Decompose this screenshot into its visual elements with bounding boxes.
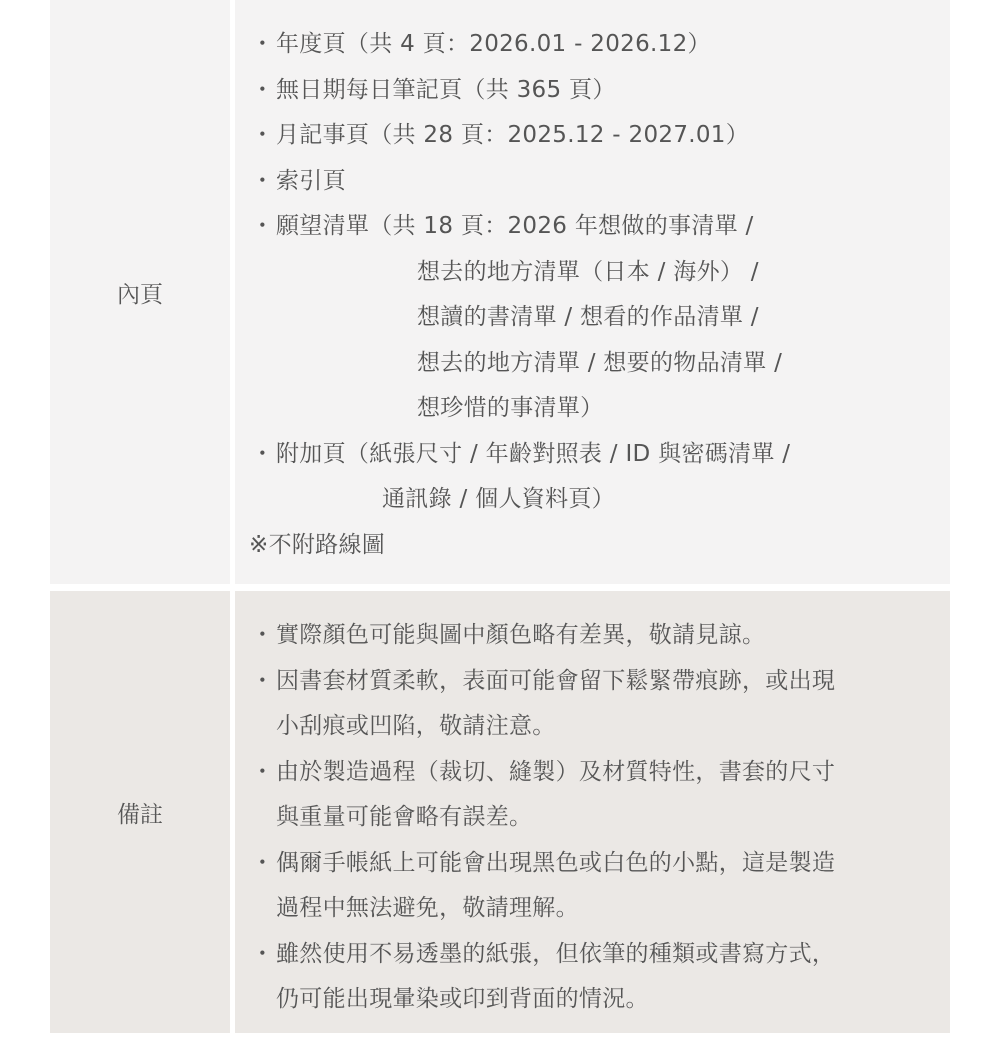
list-item: ・月記事頁（共 28 頁：2025.12 - 2027.01）	[249, 113, 950, 159]
inner-pages-content: ・年度頁（共 4 頁：2026.01 - 2026.12） ・無日期每日筆記頁（…	[235, 0, 950, 584]
bullet-icon: ・	[249, 432, 276, 478]
bullet-icon: ・	[249, 841, 276, 887]
list-item: ・由於製造過程（裁切、縫製）及材質特性，書套的尺寸	[249, 750, 950, 796]
notes-content: ・實際顏色可能與圖中顏色略有差異，敬請見諒。 ・因書套材質柔軟，表面可能會留下鬆…	[235, 591, 950, 1033]
list-item: ・雖然使用不易透墨的紙張，但依筆的種類或書寫方式，	[249, 932, 950, 978]
list-item-continuation: 想去的地方清單（日本 / 海外） /	[249, 250, 950, 296]
list-item: ・偶爾手帳紙上可能會出現黑色或白色的小點，這是製造	[249, 841, 950, 887]
list-item-continuation: 想去的地方清單 / 想要的物品清單 /	[249, 341, 950, 387]
list-item-continuation: 過程中無法避免，敬請理解。	[249, 886, 950, 932]
bullet-icon: ・	[249, 659, 276, 705]
row-label: 內頁	[50, 0, 230, 584]
list-item: ・年度頁（共 4 頁：2026.01 - 2026.12）	[249, 22, 950, 68]
list-item-continuation: 與重量可能會略有誤差。	[249, 795, 950, 841]
bullet-icon: ・	[249, 68, 276, 114]
list-item: ・附加頁（紙張尺寸 / 年齡對照表 / ID 與密碼清單 /	[249, 432, 950, 478]
list-item-continuation: 仍可能出現暈染或印到背面的情況。	[249, 977, 950, 1023]
spec-row-inner-pages: 內頁 ・年度頁（共 4 頁：2026.01 - 2026.12） ・無日期每日筆…	[50, 0, 950, 584]
bullet-icon: ・	[249, 932, 276, 978]
note-no-route-map: ※不附路線圖	[249, 523, 950, 569]
bullet-icon: ・	[249, 613, 276, 659]
bullet-icon: ・	[249, 750, 276, 796]
list-item-continuation: 想讀的書清單 / 想看的作品清單 /	[249, 295, 950, 341]
list-item-continuation: 小刮痕或凹陷，敬請注意。	[249, 704, 950, 750]
list-item-continuation: 想珍惜的事清單）	[249, 386, 950, 432]
list-item-continuation: 通訊錄 / 個人資料頁）	[249, 477, 950, 523]
bullet-icon: ・	[249, 204, 276, 250]
bullet-icon: ・	[249, 159, 276, 205]
row-label: 備註	[50, 591, 230, 1033]
bullet-icon: ・	[249, 113, 276, 159]
list-item: ・因書套材質柔軟，表面可能會留下鬆緊帶痕跡，或出現	[249, 659, 950, 705]
list-item: ・願望清單（共 18 頁：2026 年想做的事清單 /	[249, 204, 950, 250]
bullet-icon: ・	[249, 22, 276, 68]
list-item: ・索引頁	[249, 159, 950, 205]
spec-row-notes: 備註 ・實際顏色可能與圖中顏色略有差異，敬請見諒。 ・因書套材質柔軟，表面可能會…	[50, 591, 950, 1033]
list-item: ・無日期每日筆記頁（共 365 頁）	[249, 68, 950, 114]
list-item: ・實際顏色可能與圖中顏色略有差異，敬請見諒。	[249, 613, 950, 659]
